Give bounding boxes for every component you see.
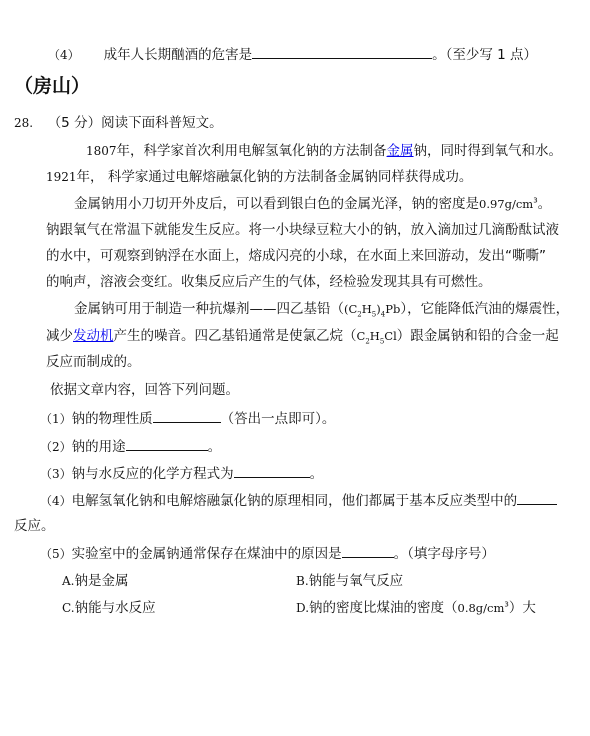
density-value: 0.97g/cm [479, 197, 533, 211]
prev-question-number: （4） [48, 48, 80, 62]
paragraph-2-line-3: 的水中，可观察到钠浮在水面上，熔成闪亮的小球，在水面上来回游动，发出“嘶嘶” [46, 246, 546, 266]
option-d[interactable]: D.钠的密度比煤油的密度（0.8g/cm3）大 [296, 598, 536, 618]
option-text: 钠的密度比煤油的密度（ [309, 600, 458, 616]
question-score: （5 分） [48, 115, 101, 131]
question-header: 28. （5 分）阅读下面科普短文。 [14, 113, 223, 133]
subquestion-after: 。 [208, 439, 222, 455]
option-letter: A. [62, 574, 74, 588]
subquestion-2: （2）钠的用途。 [40, 436, 221, 457]
paragraph-3-line-3: 反应而制成的。 [46, 352, 141, 372]
formula-part: H [370, 329, 380, 343]
link-metal[interactable]: 金属 [387, 143, 414, 159]
text: 减少 [46, 328, 73, 344]
text: 钠，同时得到氧气和水。 [414, 143, 563, 159]
year: 1807 [86, 144, 117, 158]
subquestion-5: （5）实验室中的金属钠通常保存在煤油中的原因是。（填字母序号） [40, 543, 495, 564]
paragraph-2-line-2: 钠跟氧气在常温下就能发生反应。将一小块绿豆粒大小的钠，放入滴加过几滴酚酞试液 [46, 220, 559, 240]
subquestion-text: 钠的用途 [72, 439, 126, 455]
option-text: 钠能与水反应 [75, 600, 156, 616]
formula-part: (C [344, 302, 357, 316]
subquestion-label: （4） [40, 494, 72, 508]
paragraph-3-line-1: 金属钠可用于制造一种抗爆剂——四乙基铅（(C2H5)4Pb），它能降低汽油的爆震… [74, 299, 569, 319]
subquestion-label: （3） [40, 467, 72, 481]
option-letter: C. [62, 601, 75, 615]
prev-question-end: 。（至少写 1 点） [432, 47, 537, 63]
formula-part: Pb [385, 302, 400, 316]
text: 年，科学家首次利用电解氢氧化钠的方法制备 [117, 143, 387, 159]
option-text: 钠是金属 [74, 573, 128, 589]
text: 。 [538, 196, 552, 212]
text: 金属钠可用于制造一种抗爆剂——四乙基铅（ [74, 301, 344, 317]
answer-blank-4[interactable] [517, 490, 557, 505]
subquestion-4: （4）电解氢氧化钠和电解熔融氯化钠的原理相同，他们都属于基本反应类型中的 [40, 490, 557, 511]
paragraph-1-line-2: 1921年， 科学家通过电解熔融氯化钠的方法制备金属钠同样获得成功。 [46, 167, 472, 187]
formula-part: Cl [384, 329, 396, 343]
subquestion-after: 。 [310, 466, 324, 482]
text: ），它能降低汽油的爆震性， [400, 301, 569, 317]
subquestion-after: （答出一点即可）。 [221, 411, 336, 427]
option-text: 钠能与氧气反应 [309, 573, 404, 589]
year: 1921 [46, 170, 77, 184]
subquestion-after: 。（填字母序号） [394, 546, 495, 562]
answer-blank-2[interactable] [126, 436, 208, 451]
question-number: 28. [14, 116, 33, 130]
text: 产生的噪音。四乙基铅通常是使氯乙烷（ [114, 328, 357, 344]
question-prompt: 依据文章内容，回答下列问题。 [50, 380, 239, 400]
subquestion-label: （2） [40, 440, 72, 454]
answer-blank-3[interactable] [234, 463, 310, 478]
subquestion-text: 电解氢氧化钠和电解熔融氯化钠的原理相同，他们都属于基本反应类型中的 [72, 493, 518, 509]
option-a[interactable]: A.钠是金属 [62, 571, 128, 591]
subquestion-4-continuation: 反应。 [14, 516, 55, 536]
option-b[interactable]: B.钠能与氧气反应 [296, 571, 403, 591]
formula-tetraethyllead: (C2H5)4Pb [344, 302, 400, 316]
answer-blank-1[interactable] [153, 408, 221, 423]
paragraph-2-line-1: 金属钠用小刀切开外皮后，可以看到银白色的金属光泽，钠的密度是0.97g/cm3。 [74, 194, 551, 214]
text: ）跟金属钠和铅的合金一起 [397, 328, 559, 344]
answer-blank[interactable] [252, 44, 432, 59]
question-instruction: 阅读下面科普短文。 [101, 115, 223, 131]
answer-blank-5[interactable] [342, 543, 394, 558]
subquestion-text: 钠与水反应的化学方程式为 [72, 466, 234, 482]
prev-question-line: （4）成年人长期酗酒的危害是。（至少写 1 点） [48, 44, 537, 65]
option-letter: B. [296, 574, 309, 588]
section-title: （房山） [14, 72, 90, 100]
option-letter: D. [296, 601, 309, 615]
link-engine[interactable]: 发动机 [73, 328, 114, 344]
density-value: 0.8g/cm [458, 601, 505, 615]
paragraph-1-line-1: 1807年，科学家首次利用电解氢氧化钠的方法制备金属钠，同时得到氧气和水。 [86, 141, 562, 161]
text: 金属钠用小刀切开外皮后，可以看到银白色的金属光泽，钠的密度是 [74, 196, 479, 212]
option-c[interactable]: C.钠能与水反应 [62, 598, 156, 618]
text: 年， 科学家通过电解熔融氯化钠的方法制备金属钠同样获得成功。 [77, 169, 473, 185]
subquestion-label: （1） [40, 412, 72, 426]
subquestion-1: （1）钠的物理性质（答出一点即可）。 [40, 408, 335, 429]
subquestion-3: （3）钠与水反应的化学方程式为。 [40, 463, 323, 484]
paragraph-3-line-2: 减少发动机产生的噪音。四乙基铅通常是使氯乙烷（C2H5Cl）跟金属钠和铅的合金一… [46, 326, 559, 346]
prev-question-text: 成年人长期酗酒的危害是 [104, 47, 253, 63]
subquestion-text: 实验室中的金属钠通常保存在煤油中的原因是 [72, 546, 342, 562]
subquestion-text: 钠的物理性质 [72, 411, 153, 427]
option-text-end: ）大 [509, 600, 536, 616]
subquestion-label: （5） [40, 547, 72, 561]
formula-chloroethane: C2H5Cl [357, 329, 397, 343]
formula-part: C [357, 329, 366, 343]
paragraph-2-line-4: 的响声，溶液会变红。收集反应后产生的气体，经检验发现其具有可燃性。 [46, 272, 492, 292]
formula-part: H [362, 302, 372, 316]
